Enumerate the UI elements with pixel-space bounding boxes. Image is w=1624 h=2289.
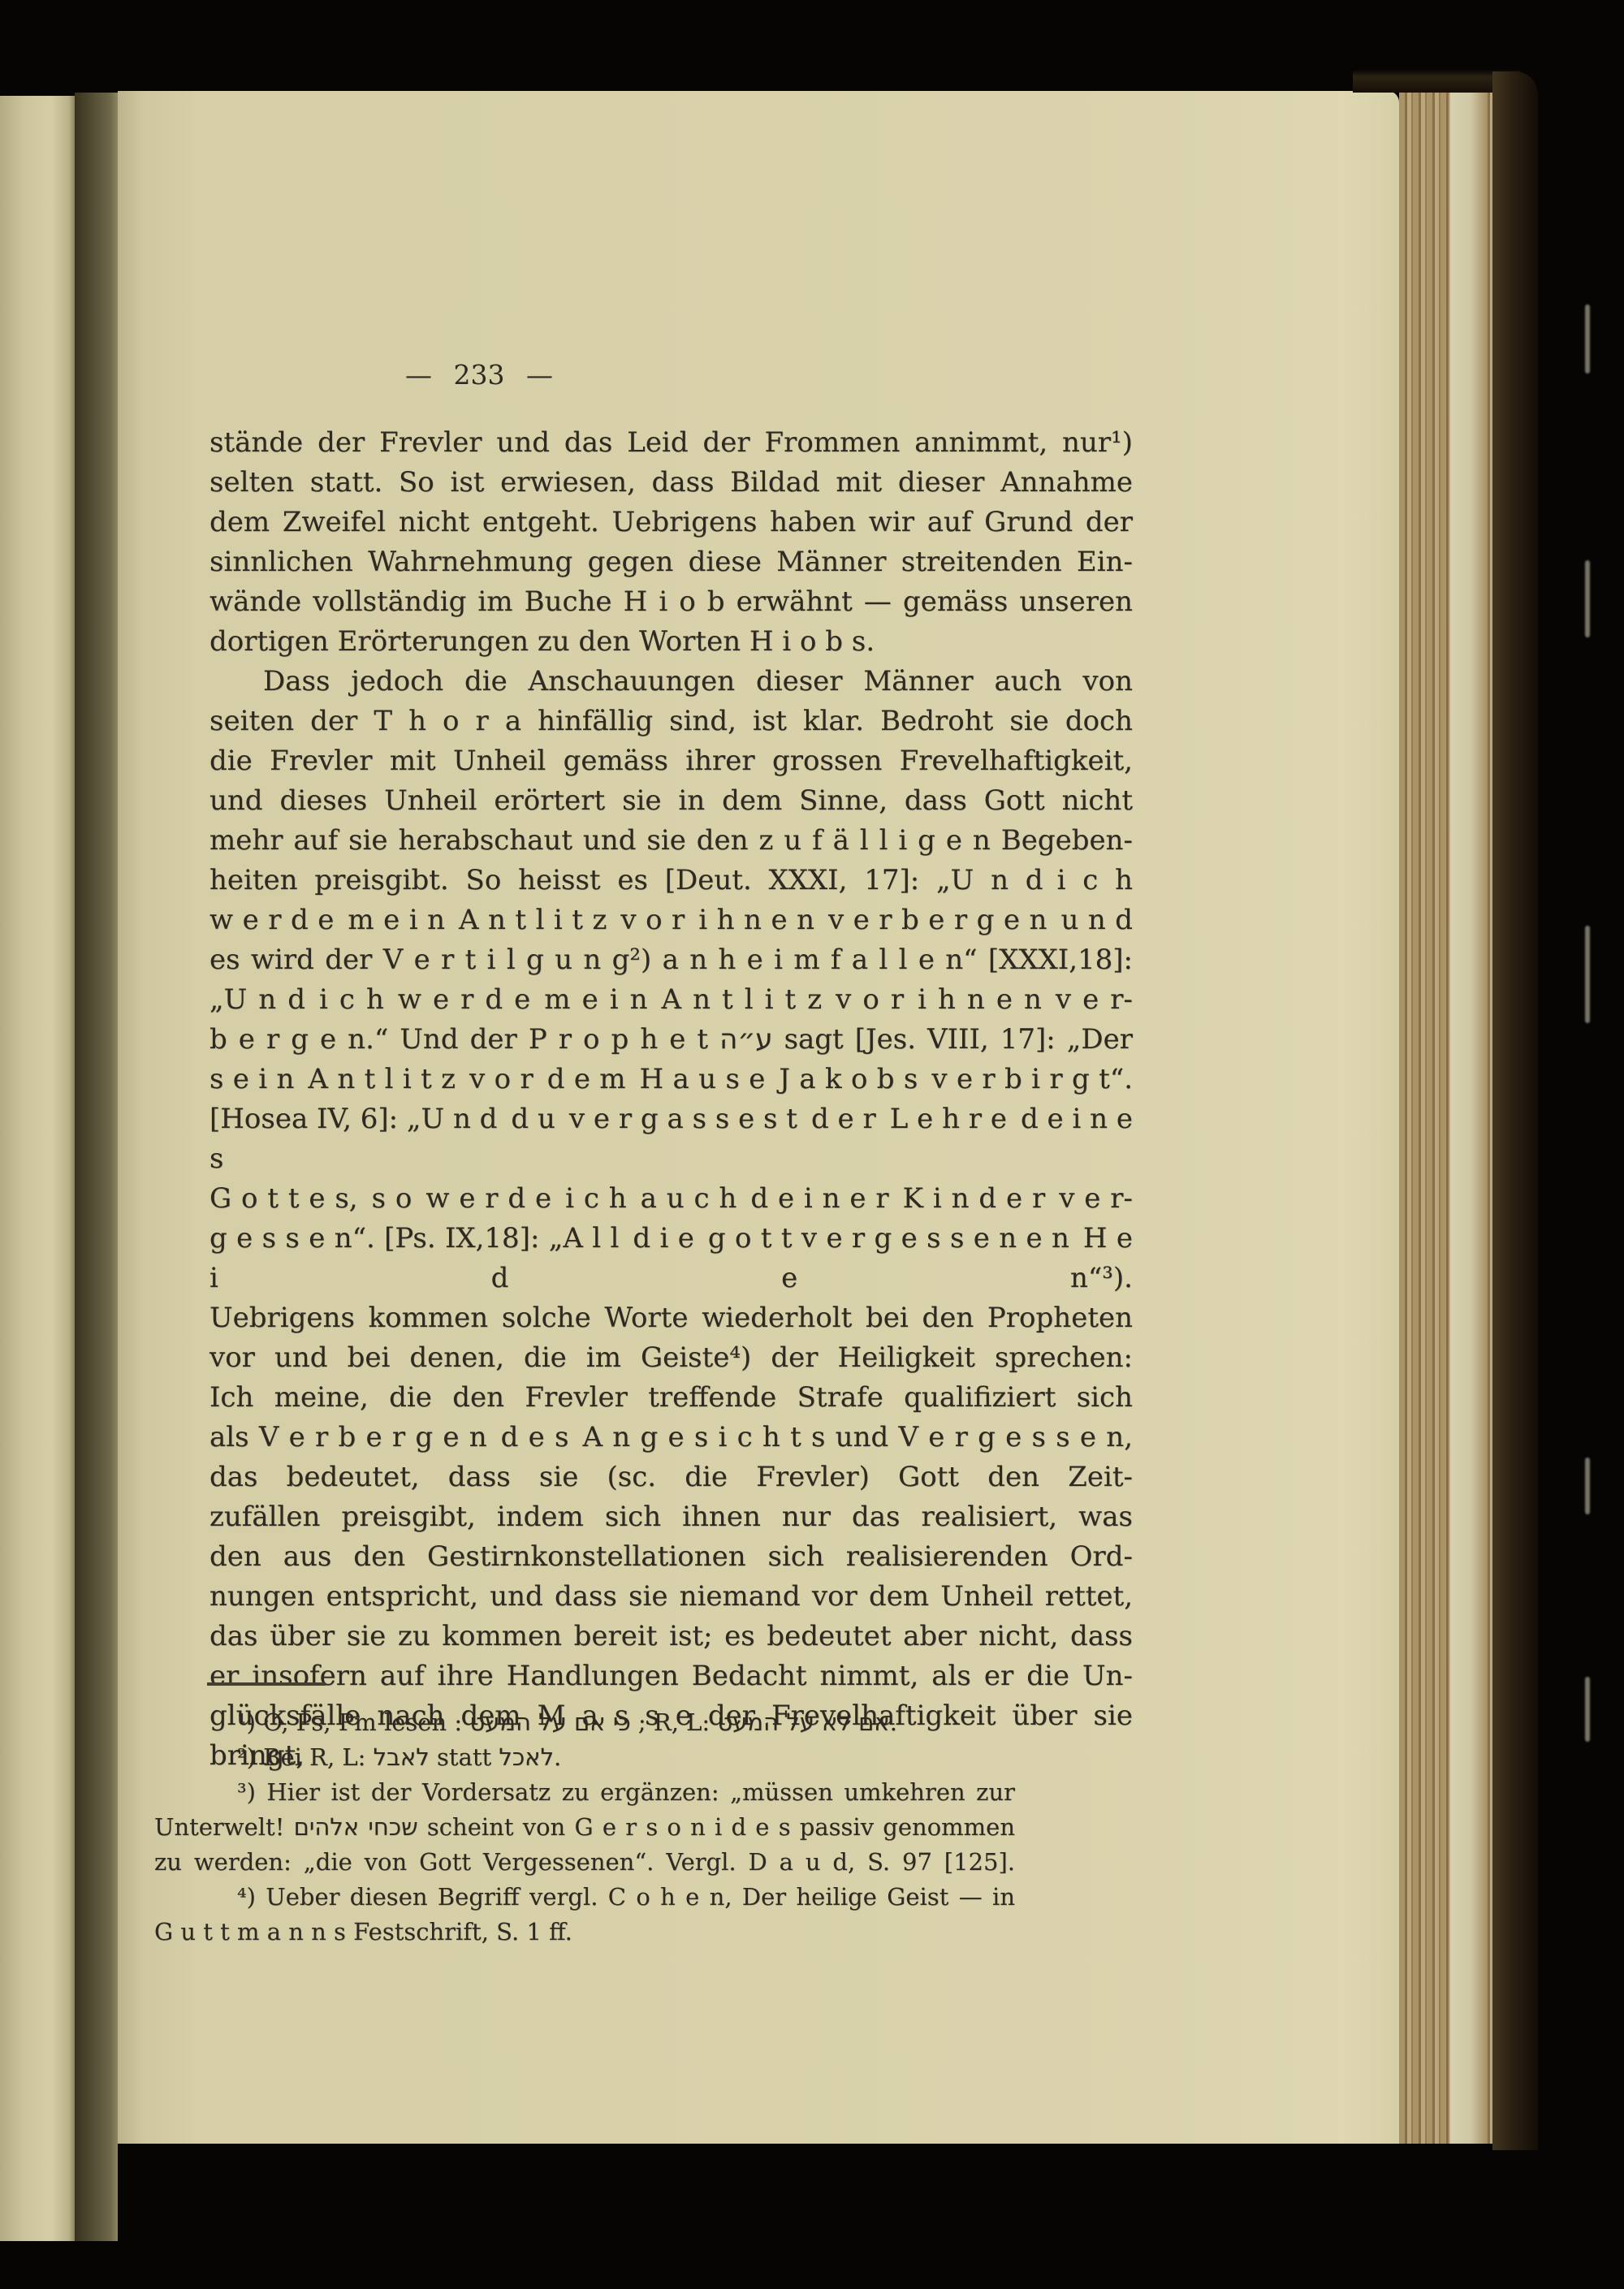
- page-number: — 233 —: [357, 359, 601, 395]
- text-line: dem Zweifel nicht entgeht. Uebrigens hab…: [209, 503, 1133, 542]
- text-line: sinnlichen Wahrnehmung gegen diese Männe…: [209, 542, 1133, 582]
- footnote-line: G u t t m a n n s Festschrift, S. 1 ff.: [154, 1915, 1015, 1950]
- page-fore-edges: [1399, 83, 1492, 2144]
- cover-glare: [1585, 926, 1590, 1023]
- text-line: Uebrigens kommen solche Worte wiederholt…: [209, 1298, 1133, 1338]
- cover-glare: [1585, 560, 1590, 637]
- text-line: als V e r b e r g e n d e s A n g e s i …: [209, 1418, 1133, 1458]
- footnote-line: ⁴) Ueber diesen Begriff vergl. C o h e n…: [154, 1880, 1015, 1915]
- footnote-line: ²) Bei R, L: לאבל statt לאכל.: [154, 1740, 1015, 1775]
- text-line: das bedeutet, dass sie (sc. die Frevler)…: [209, 1458, 1133, 1497]
- text-line: heiten preisgibt. So heisst es [Deut. XX…: [209, 861, 1133, 900]
- main-text: stände der Frevler und das Leid der From…: [209, 423, 1133, 1776]
- cover-glare: [1585, 1677, 1590, 1742]
- text-line: das über sie zu kommen bereit ist; es be…: [209, 1617, 1133, 1656]
- text-line: nungen entspricht, und dass sie niemand …: [209, 1577, 1133, 1617]
- text-line: selten statt. So ist erwiesen, dass Bild…: [209, 463, 1133, 503]
- text-line: s e i n A n t l i t z v o r d e m H a u …: [209, 1060, 1133, 1099]
- text-line: stände der Frevler und das Leid der From…: [209, 423, 1133, 463]
- page-gutter-shadow: [75, 93, 118, 2241]
- text-line: wände vollständig im Buche H i o b erwäh…: [209, 582, 1133, 622]
- text-line: Dass jedoch die Anschauungen dieser Männ…: [209, 662, 1133, 702]
- footnote-line: ¹) O, Ps, Pm lesen : כי אם על המעט ; R, …: [154, 1705, 1015, 1740]
- book-cover-edge: [1492, 71, 1538, 2150]
- previous-page-edge: [0, 96, 75, 2241]
- text-line: mehr auf sie herabschaut und sie den z u…: [209, 821, 1133, 861]
- text-line: w e r d e m e i n A n t l i t z v o r i …: [209, 900, 1133, 940]
- footnote-line: Unterwelt! שכחי אלהים scheint von G e r …: [154, 1810, 1015, 1845]
- text-line: vor und bei denen, die im Geiste⁴) der H…: [209, 1338, 1133, 1378]
- text-line: zufällen preisgibt, indem sich ihnen nur…: [209, 1497, 1133, 1537]
- text-line: dortigen Erörterungen zu den Worten H i …: [209, 622, 1133, 662]
- text-line: er insofern auf ihre Handlungen Bedacht …: [209, 1656, 1133, 1696]
- text-line: b e r g e n.“ Und der P r o p h e t ע״ה …: [209, 1020, 1133, 1060]
- cover-glare: [1585, 1458, 1590, 1514]
- footnotes: ¹) O, Ps, Pm lesen : כי אם על המעט ; R, …: [154, 1705, 1015, 1950]
- page-edge-highlight: [1450, 83, 1488, 2144]
- text-line: und dieses Unheil erörtert sie in dem Si…: [209, 781, 1133, 821]
- text-line: „U n d i c h w e r d e m e i n A n t l i…: [209, 980, 1133, 1020]
- text-line: den aus den Gestirnkonstellationen sich …: [209, 1537, 1133, 1577]
- book-page: — 233 — stände der Frevler und das Leid …: [118, 91, 1399, 2144]
- text-line: Ich meine, die den Frevler treffende Str…: [209, 1378, 1133, 1418]
- text-line: g e s s e n“. [Ps. IX,18]: „A l l d i e …: [209, 1219, 1133, 1298]
- footnote-divider: [207, 1682, 326, 1686]
- footnote-line: zu werden: „die von Gott Vergessenen“. V…: [154, 1845, 1015, 1880]
- text-line: [Hosea IV, 6]: „U n d d u v e r g a s s …: [209, 1099, 1133, 1179]
- text-line: die Frevler mit Unheil gemäss ihrer gros…: [209, 741, 1133, 781]
- footnote-line: ³) Hier ist der Vordersatz zu ergänzen: …: [154, 1775, 1015, 1810]
- text-line: G o t t e s, s o w e r d e i c h a u c h…: [209, 1179, 1133, 1219]
- text-line: seiten der T h o r a hinfällig sind, ist…: [209, 702, 1133, 741]
- text-line: es wird der V e r t i l g u n g²) a n h …: [209, 940, 1133, 980]
- cover-glare: [1585, 304, 1590, 374]
